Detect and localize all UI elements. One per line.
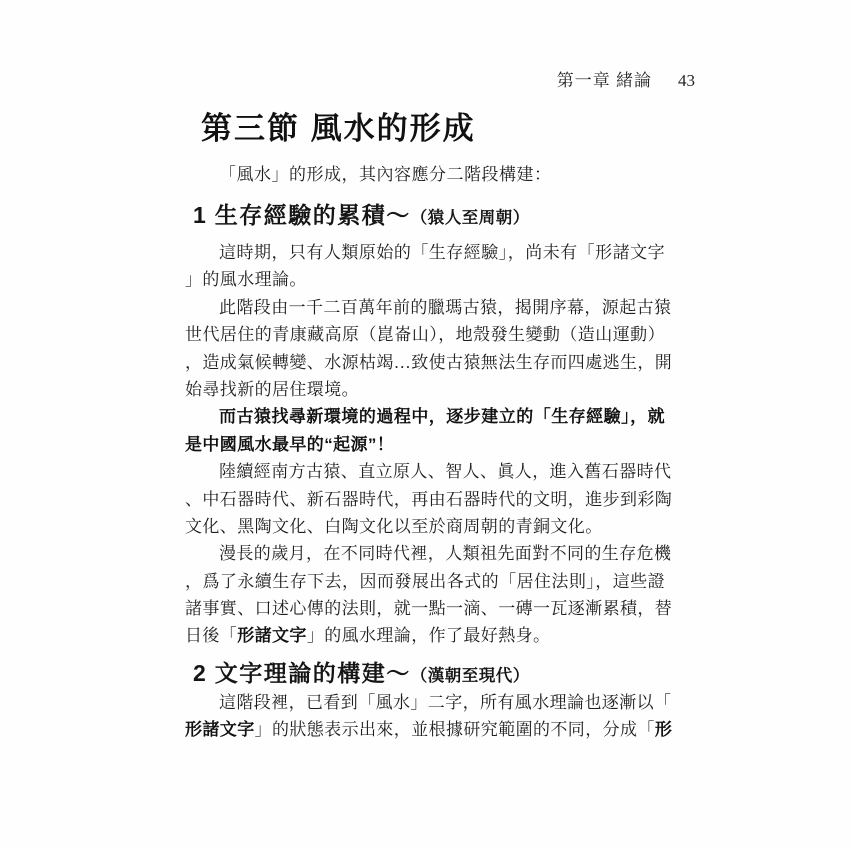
text-line: 而古猿找尋新環境的過程中，逐步建立的「生存經驗」，就 [185, 403, 665, 430]
text-line: 這時期，只有人類原始的「生存經驗」，尚未有「形諸文字 [185, 239, 665, 266]
text-run: 世代居住的青康藏高原（崑崙山），地殼發生變動（造山運動） [185, 325, 665, 344]
text-run: 陸續經南方古猿、直立原人、智人、眞人，進入舊石器時代 [219, 462, 671, 481]
text-run: 」的風水理論，作了最好熱身。 [307, 626, 551, 645]
text-line: ，造成氣候轉變、水源枯竭…致使古猿無法生存而四處逃生，開 [185, 349, 665, 376]
text-line: 漫長的歲月，在不同時代裡，人類祖先面對不同的生存危機 [185, 540, 665, 567]
text-run: 始尋找新的居住環境。 [185, 380, 359, 399]
book-page: 第一章 緒論43 第三節 風水的形成 「風水」的形成，其內容應分二階段構建： 1… [0, 0, 850, 850]
intro-paragraph: 「風水」的形成，其內容應分二階段構建： [185, 161, 665, 188]
page-number: 43 [678, 71, 695, 91]
subsection-1-number: 1 [193, 202, 206, 228]
running-header: 第一章 緒論43 [0, 66, 695, 91]
text-run: 文化、黑陶文化、白陶文化以至於商周朝的青銅文化。 [185, 517, 603, 536]
text-line: 、中石器時代、新石器時代，再由石器時代的文明，進步到彩陶 [185, 486, 665, 513]
text-line: ，爲了永續生存下去，因而發展出各式的「居住法則」，這些證 [185, 568, 665, 595]
text-run: 日後「 [185, 626, 237, 645]
bold-text-run: 是中國風水最早的“起源”！ [185, 435, 394, 454]
subsection-1-note: （猿人至周朝） [411, 209, 530, 227]
text-line: 形諸文字」的狀態表示出來，並根據研究範圍的不同，分成「形 [185, 716, 665, 743]
text-line: 是中國風水最早的“起源”！ [185, 431, 665, 458]
text-run: 諸事實、口述心傳的法則，就一點一滴、一磚一瓦逐漸累積，替 [185, 599, 672, 618]
text-run: 、中石器時代、新石器時代，再由石器時代的文明，進步到彩陶 [185, 490, 672, 509]
subsection-2-note: （漢朝至現代） [411, 667, 530, 685]
text-run: ，爲了永續生存下去，因而發展出各式的「居住法則」，這些證 [185, 572, 665, 591]
text-line: 日後「形諸文字」的風水理論，作了最好熱身。 [185, 622, 665, 649]
text-run: 」的狀態表示出來，並根據研究範圍的不同，分成「 [255, 720, 655, 739]
section-title: 第三節 風水的形成 [201, 103, 476, 148]
subsection-2-heading: 2文字理論的構建～（漢朝至現代） [193, 655, 530, 688]
subsection-2-number: 2 [193, 660, 206, 686]
text-run: ，造成氣候轉變、水源枯竭…致使古猿無法生存而四處逃生，開 [185, 353, 672, 372]
subsection-1-heading: 1生存經驗的累積～（猿人至周朝） [193, 197, 530, 230]
subsection-2-title: 文字理論的構建～ [215, 660, 411, 686]
bold-text-run: 形 [655, 720, 672, 739]
text-run: 漫長的歲月，在不同時代裡，人類祖先面對不同的生存危機 [219, 544, 671, 563]
text-line: 文化、黑陶文化、白陶文化以至於商周朝的青銅文化。 [185, 513, 665, 540]
bold-text-run: 形諸文字 [237, 626, 307, 645]
bold-text-run: 而古猿找尋新環境的過程中，逐步建立的「生存經驗」，就 [219, 407, 665, 426]
text-line: 這階段裡，已看到「風水」二字，所有風水理論也逐漸以「 [185, 689, 665, 716]
text-line: 」的風水理論。 [185, 266, 665, 293]
text-line: 諸事實、口述心傳的法則，就一點一滴、一磚一瓦逐漸累積，替 [185, 595, 665, 622]
chapter-label: 第一章 緒論 [557, 71, 652, 90]
paragraph-block-2: 這階段裡，已看到「風水」二字，所有風水理論也逐漸以「形諸文字」的狀態表示出來，並… [185, 689, 665, 744]
bold-text-run: 形諸文字 [185, 720, 255, 739]
text-line: 始尋找新的居住環境。 [185, 376, 665, 403]
paragraph-block-1: 這時期，只有人類原始的「生存經驗」，尚未有「形諸文字」的風水理論。此階段由一千二… [185, 239, 665, 650]
subsection-1-title: 生存經驗的累積～ [215, 202, 411, 228]
text-run: 這階段裡，已看到「風水」二字，所有風水理論也逐漸以「 [219, 693, 671, 712]
text-run: 此階段由一千二百萬年前的臘瑪古猿，揭開序幕，源起古猿 [219, 298, 671, 317]
text-line: 陸續經南方古猿、直立原人、智人、眞人，進入舊石器時代 [185, 458, 665, 485]
text-line: 此階段由一千二百萬年前的臘瑪古猿，揭開序幕，源起古猿 [185, 294, 665, 321]
text-run: 」的風水理論。 [185, 270, 307, 289]
text-run: 這時期，只有人類原始的「生存經驗」，尚未有「形諸文字 [219, 243, 665, 262]
text-line: 世代居住的青康藏高原（崑崙山），地殼發生變動（造山運動） [185, 321, 665, 348]
